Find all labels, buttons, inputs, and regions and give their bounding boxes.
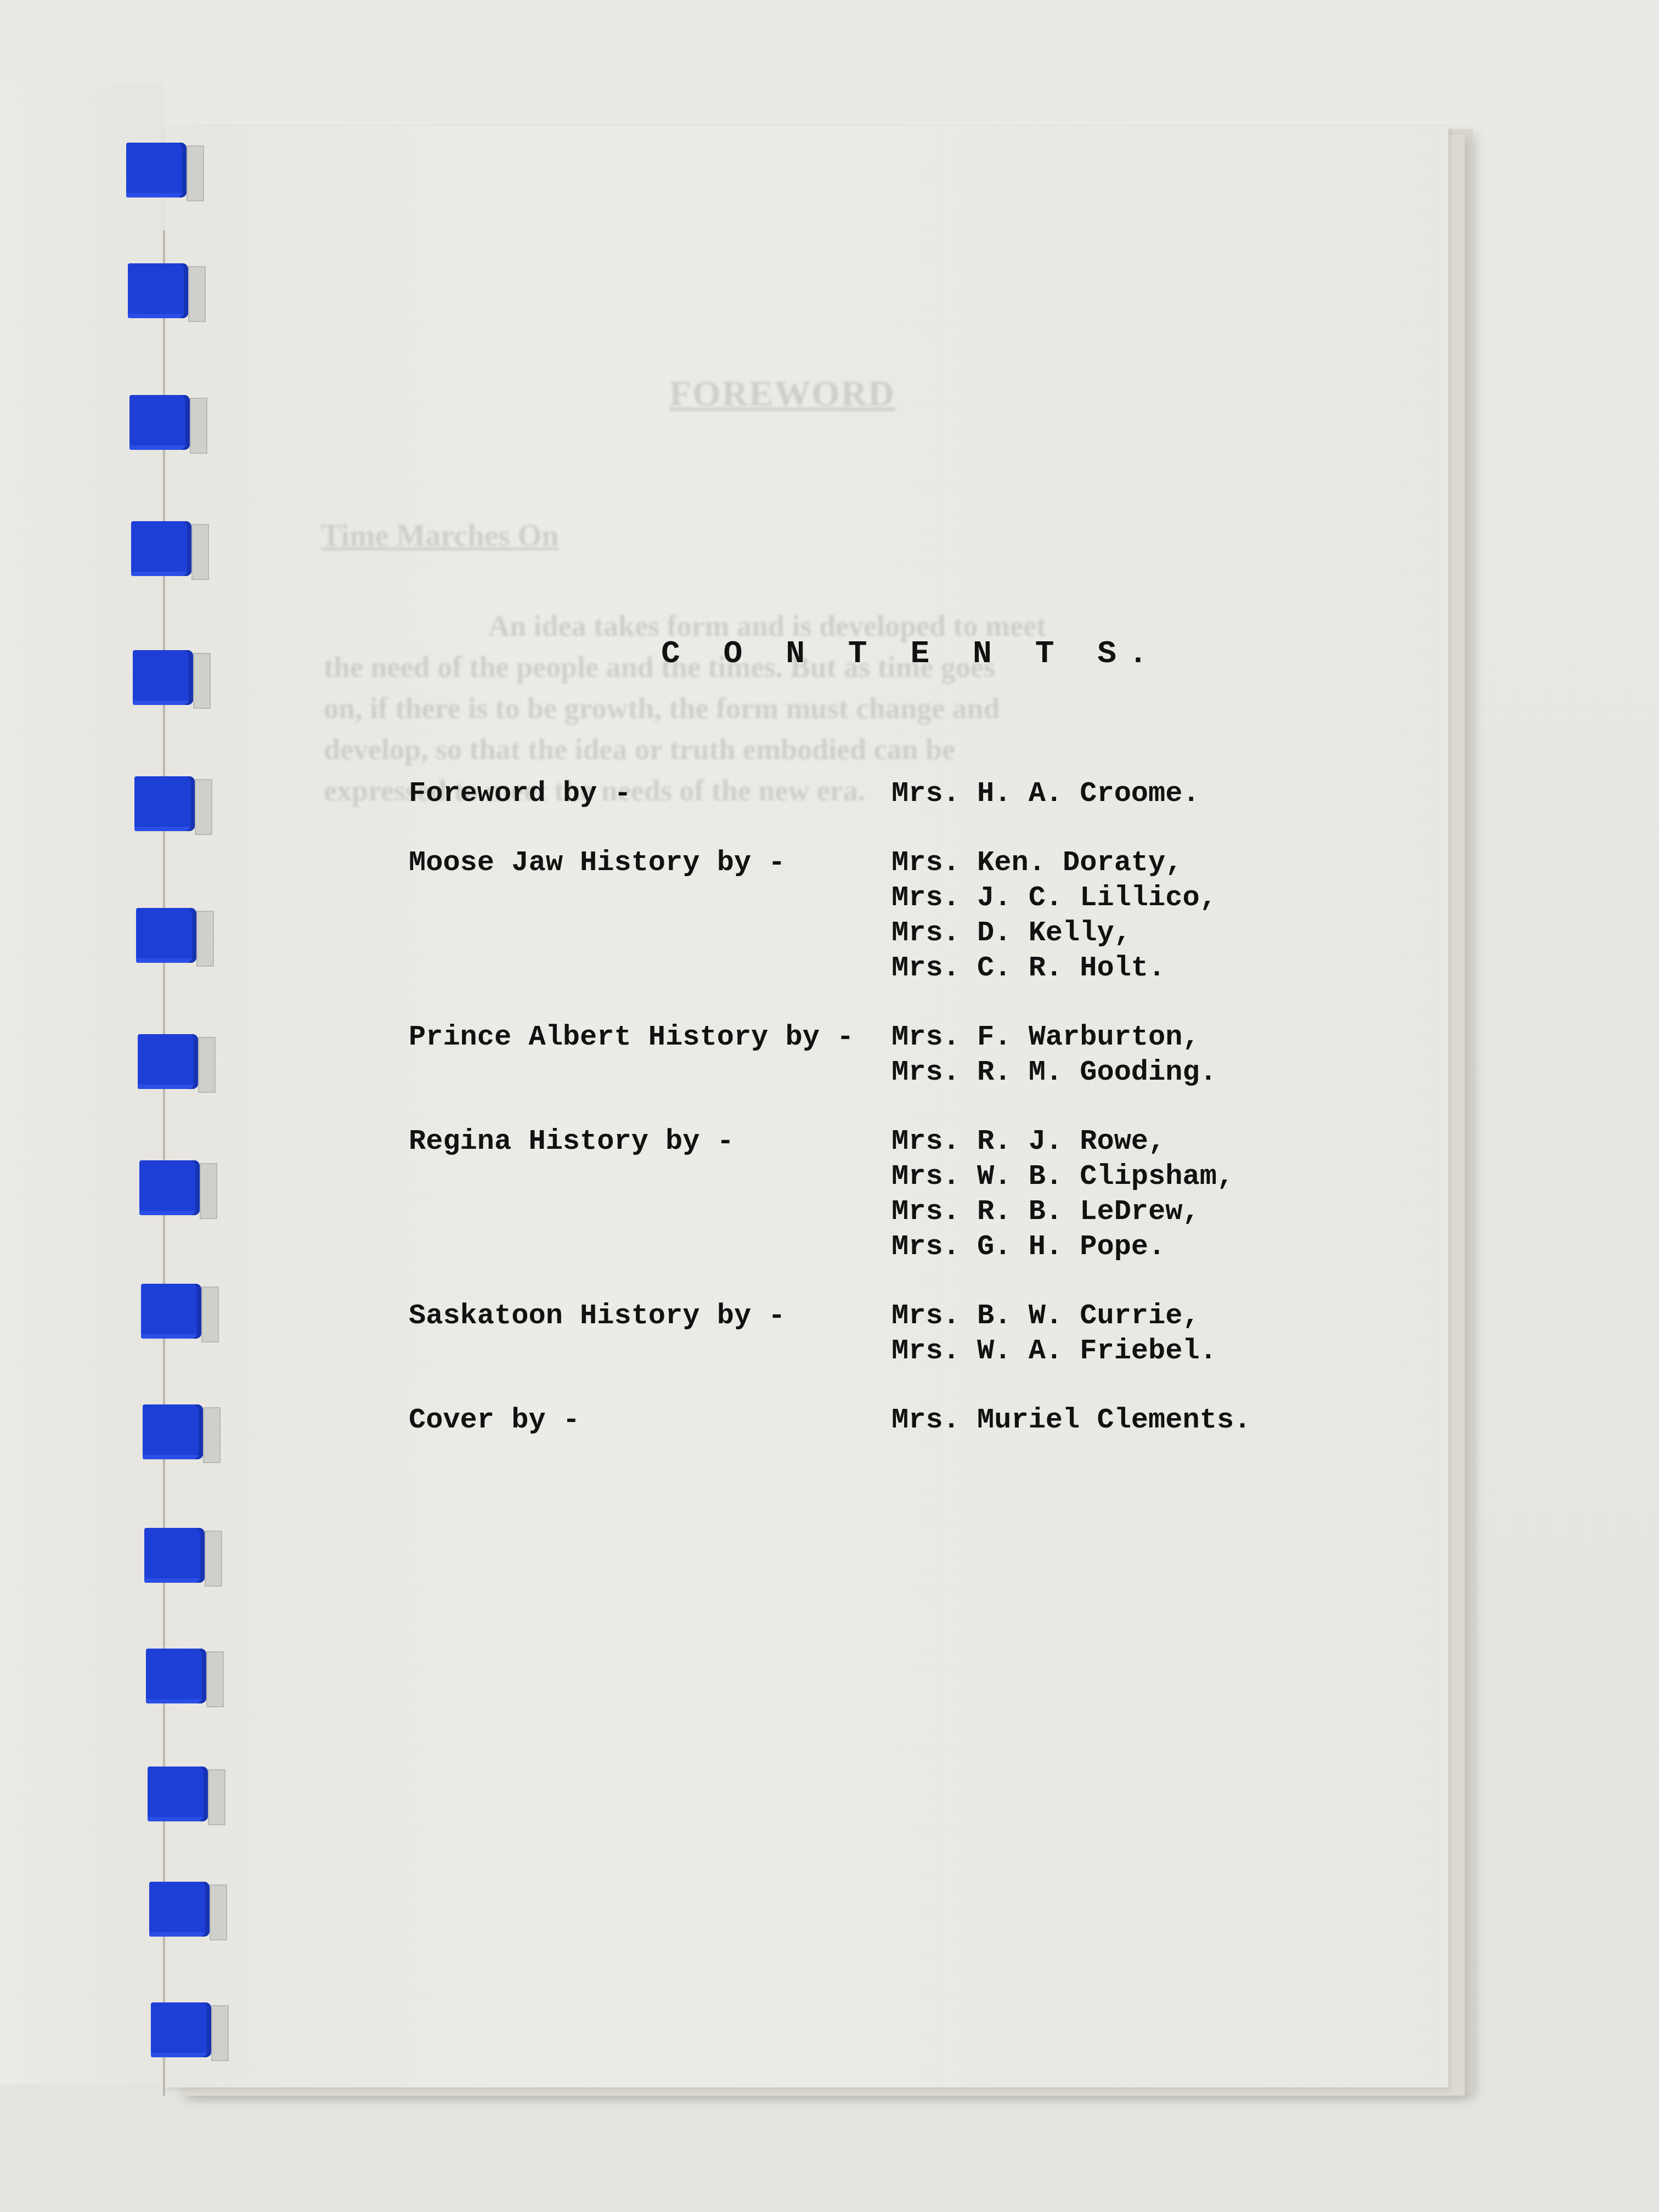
author-name: Mrs. R. M. Gooding. [891,1055,1341,1090]
toc-entry-authors: Mrs. Ken. Doraty,Mrs. J. C. Lillico,Mrs.… [891,845,1341,986]
toc-entry-authors: Mrs. Muriel Clements. [891,1403,1341,1438]
author-name: Mrs. Muriel Clements. [891,1403,1341,1438]
binding-coil-icon [128,263,202,318]
toc-entry: Regina History by -Mrs. R. J. Rowe,Mrs. … [409,1124,1341,1265]
toc-entry-label: Regina History by - [409,1124,891,1265]
toc-entry: Foreword by -Mrs. H. A. Croome. [409,776,1341,811]
binding-coil-icon [149,1882,223,1937]
binding-coil-icon [146,1649,220,1703]
toc-entry-label: Saskatoon History by - [409,1299,891,1369]
author-name: Mrs. G. H. Pope. [891,1229,1341,1265]
binding-coil-icon [151,2002,225,2057]
bleed-through-line: develop, so that the idea or truth embod… [324,732,955,766]
author-name: Mrs. D. Kelly, [891,916,1341,951]
author-name: Mrs. C. R. Holt. [891,951,1341,986]
author-name: Mrs. W. B. Clipsham, [891,1159,1341,1194]
toc-entry-label: Foreword by - [409,776,891,811]
toc-entry-label: Moose Jaw History by - [409,845,891,986]
bleed-through-subtitle: Time Marches On [321,518,558,554]
author-name: Mrs. B. W. Currie, [891,1299,1341,1334]
binding-coil-icon [134,776,208,831]
toc-entry: Saskatoon History by -Mrs. B. W. Currie,… [409,1299,1341,1369]
table-of-contents: Foreword by -Mrs. H. A. Croome.Moose Jaw… [409,776,1341,1472]
toc-entry: Moose Jaw History by -Mrs. Ken. Doraty,M… [409,845,1341,986]
toc-entry-authors: Mrs. B. W. Currie,Mrs. W. A. Friebel. [891,1299,1341,1369]
binding-coil-icon [144,1528,218,1583]
binding-coil-icon [141,1284,215,1339]
binding-coil-icon [136,908,210,963]
toc-entry: Prince Albert History by -Mrs. F. Warbur… [409,1020,1341,1090]
toc-entry-authors: Mrs. H. A. Croome. [891,776,1341,811]
toc-entry-label: Cover by - [409,1403,891,1438]
author-name: Mrs. Ken. Doraty, [891,845,1341,881]
toc-entry-label: Prince Albert History by - [409,1020,891,1090]
author-name: Mrs. H. A. Croome. [891,776,1341,811]
author-name: Mrs. J. C. Lillico, [891,881,1341,916]
author-name: Mrs. R. B. LeDrew, [891,1194,1341,1229]
binding-coil-icon [138,1034,212,1089]
binding-coil-icon [133,650,207,705]
toc-entry-authors: Mrs. R. J. Rowe,Mrs. W. B. Clipsham,Mrs.… [891,1124,1341,1265]
binding-coil-icon [139,1160,213,1215]
bleed-through-title: FOREWORD [669,373,895,415]
binding-coil-icon [148,1767,222,1821]
binding-coil-icon [129,395,204,450]
author-name: Mrs. F. Warburton, [891,1020,1341,1055]
binding-coil-icon [126,143,200,198]
author-name: Mrs. W. A. Friebel. [891,1334,1341,1369]
author-name: Mrs. R. J. Rowe, [891,1124,1341,1159]
contents-heading: C O N T E N T S. [661,636,1160,672]
toc-entry-authors: Mrs. F. Warburton,Mrs. R. M. Gooding. [891,1020,1341,1090]
bleed-through-line: on, if there is to be growth, the form m… [324,691,1000,725]
toc-entry: Cover by -Mrs. Muriel Clements. [409,1403,1341,1438]
binding-coil-icon [131,521,205,576]
binding-coil-icon [143,1404,217,1459]
